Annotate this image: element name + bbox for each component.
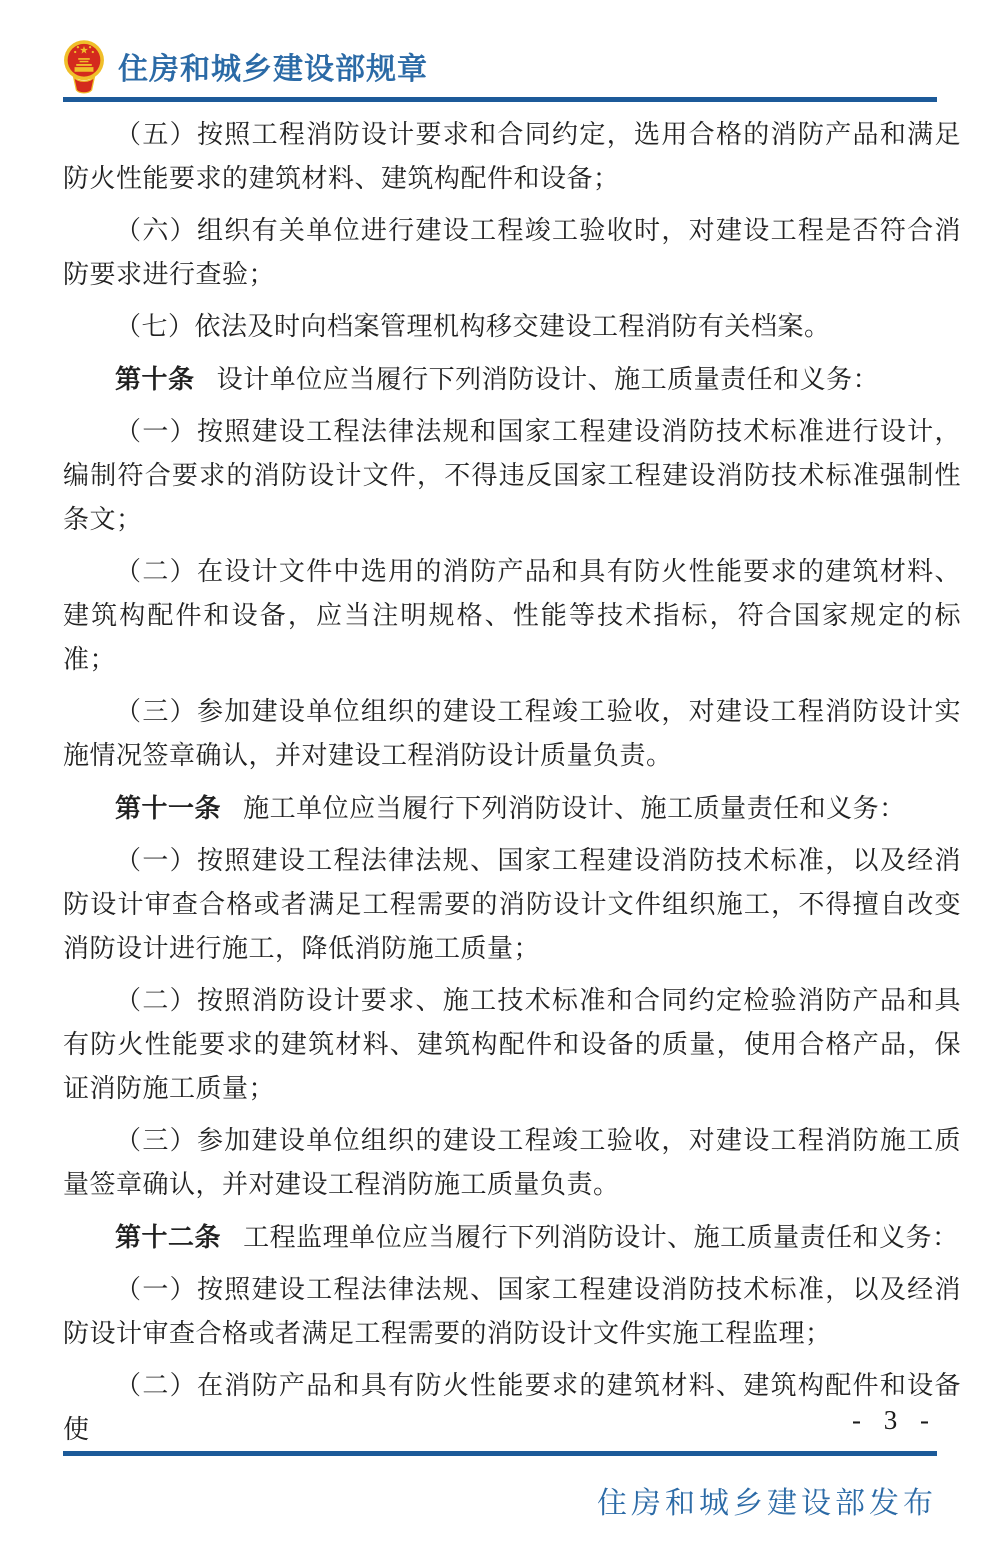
paragraph-text: 施工单位应当履行下列消防设计、施工质量责任和义务： xyxy=(243,794,906,823)
paragraph: （三）参加建设单位组织的建设工程竣工验收，对建设工程消防施工质量签章确认，并对建… xyxy=(63,1119,961,1207)
paragraph: （三）参加建设单位组织的建设工程竣工验收，对建设工程消防设计实施情况签章确认，并… xyxy=(63,690,961,778)
national-emblem-icon xyxy=(63,38,105,95)
paragraph-text: （一）按照建设工程法律法规和国家工程建设消防技术标准进行设计，编制符合要求的消防… xyxy=(63,417,961,534)
paragraph-text: （三）参加建设单位组织的建设工程竣工验收，对建设工程消防设计实施情况签章确认，并… xyxy=(63,697,961,770)
paragraph-text: （二）按照消防设计要求、施工技术标准和合同约定检验消防产品和具有防火性能要求的建… xyxy=(63,986,961,1103)
article-heading: 第十一条施工单位应当履行下列消防设计、施工质量责任和义务： xyxy=(63,786,961,831)
paragraph: （六）组织有关单位进行建设工程竣工验收时，对建设工程是否符合消防要求进行查验； xyxy=(63,209,961,297)
paragraph-text: （一）按照建设工程法律法规、国家工程建设消防技术标准，以及经消防设计审查合格或者… xyxy=(63,846,961,963)
page-number: - 3 - xyxy=(852,1405,937,1436)
paragraph-text: （六）组织有关单位进行建设工程竣工验收时，对建设工程是否符合消防要求进行查验； xyxy=(63,216,961,289)
article-number-label: 第十一条 xyxy=(115,793,221,823)
footer-rule xyxy=(63,1451,937,1456)
paragraph: （二）在设计文件中选用的消防产品和具有防火性能要求的建筑材料、建筑构配件和设备，… xyxy=(63,550,961,682)
header-rule xyxy=(63,97,937,102)
paragraph-text: （七）依法及时向档案管理机构移交建设工程消防有关档案。 xyxy=(115,312,831,341)
document-body: （五）按照工程消防设计要求和合同约定，选用合格的消防产品和满足防火性能要求的建筑… xyxy=(63,113,961,1460)
paragraph-text: （一）按照建设工程法律法规、国家工程建设消防技术标准，以及经消防设计审查合格或者… xyxy=(63,1275,961,1348)
article-number-label: 第十二条 xyxy=(115,1222,221,1252)
paragraph-text: 设计单位应当履行下列消防设计、施工质量责任和义务： xyxy=(217,365,880,394)
paragraph: （一）按照建设工程法律法规和国家工程建设消防技术标准进行设计，编制符合要求的消防… xyxy=(63,410,961,542)
article-heading: 第十条设计单位应当履行下列消防设计、施工质量责任和义务： xyxy=(63,357,961,402)
paragraph-text: （五）按照工程消防设计要求和合同约定，选用合格的消防产品和满足防火性能要求的建筑… xyxy=(63,120,961,193)
publisher-line: 住房和城乡建设部发布 xyxy=(597,1478,937,1522)
document-page: 住房和城乡建设部规章 （五）按照工程消防设计要求和合同约定，选用合格的消防产品和… xyxy=(0,0,1000,1545)
paragraph: （一）按照建设工程法律法规、国家工程建设消防技术标准，以及经消防设计审查合格或者… xyxy=(63,1268,961,1356)
paragraph: （一）按照建设工程法律法规、国家工程建设消防技术标准，以及经消防设计审查合格或者… xyxy=(63,839,961,971)
paragraph: （五）按照工程消防设计要求和合同约定，选用合格的消防产品和满足防火性能要求的建筑… xyxy=(63,113,961,201)
paragraph-text: 工程监理单位应当履行下列消防设计、施工质量责任和义务： xyxy=(243,1223,959,1252)
article-heading: 第十二条工程监理单位应当履行下列消防设计、施工质量责任和义务： xyxy=(63,1215,961,1260)
paragraph: （七）依法及时向档案管理机构移交建设工程消防有关档案。 xyxy=(63,305,961,349)
paragraph: （二）在消防产品和具有防火性能要求的建筑材料、建筑构配件和设备使 xyxy=(63,1364,961,1452)
masthead: 住房和城乡建设部规章 xyxy=(63,37,428,95)
article-number-label: 第十条 xyxy=(115,364,195,394)
masthead-title: 住房和城乡建设部规章 xyxy=(118,44,428,88)
paragraph: （二）按照消防设计要求、施工技术标准和合同约定检验消防产品和具有防火性能要求的建… xyxy=(63,979,961,1111)
paragraph-text: （二）在消防产品和具有防火性能要求的建筑材料、建筑构配件和设备使 xyxy=(63,1371,961,1444)
paragraph-text: （二）在设计文件中选用的消防产品和具有防火性能要求的建筑材料、建筑构配件和设备，… xyxy=(63,557,961,674)
paragraph-text: （三）参加建设单位组织的建设工程竣工验收，对建设工程消防施工质量签章确认，并对建… xyxy=(63,1126,961,1199)
